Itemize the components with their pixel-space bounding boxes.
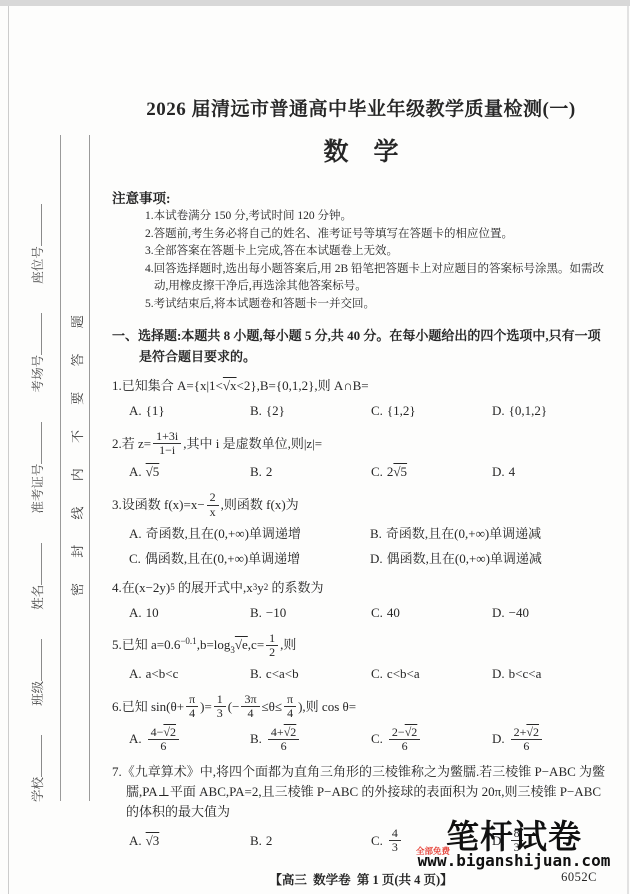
option-5a: A.a<b<c: [129, 664, 250, 684]
option-3d: D.偶函数,且在(0,+∞)单调递减: [370, 549, 542, 569]
option-5c: C.c<b<a: [371, 664, 492, 684]
fraction: 1+3i1−i: [153, 430, 181, 457]
option-value: {1}: [146, 401, 165, 421]
seal-line-right: [89, 135, 90, 801]
numerator-radical: √2: [284, 726, 297, 739]
fraction: 4+√26: [268, 726, 299, 753]
page-footer: 【高三 数学卷 第 1 页(共 4 页)】 6052C: [112, 870, 610, 888]
option-4d: D.−40: [492, 603, 529, 623]
fraction: 2x: [207, 491, 219, 518]
option-value: 10: [146, 603, 159, 623]
footer-page-info: 【高三 数学卷 第 1 页(共 4 页)】: [112, 870, 610, 888]
watermark-url-row: 全部免费 www.biganshijuan.com: [413, 851, 615, 871]
subject-title: 数 学: [112, 137, 610, 169]
fraction-denominator: 3: [389, 841, 401, 854]
fraction-denominator: 3: [214, 707, 226, 720]
option-value: a<b<c: [146, 664, 179, 684]
option-4c: C.40: [371, 603, 492, 623]
q6-text: 6.已知 sin(θ+: [112, 697, 184, 717]
fraction-denominator: 4: [186, 707, 198, 720]
question-3-options-row1: A.奇函数,且在(0,+∞)单调递增 B.奇函数,且在(0,+∞)单调递减: [129, 524, 610, 544]
field-school-label: 学校: [31, 777, 45, 802]
field-exam-id-label: 准考证号: [31, 464, 45, 514]
watermark-free-badge: 全部免费: [416, 845, 450, 857]
option-value: 偶函数,且在(0,+∞)单调递增: [145, 549, 300, 569]
option-label: D.: [492, 401, 505, 421]
option-label: C.: [371, 831, 383, 851]
class-blank-line: [29, 639, 42, 681]
question-2: 2.若 z=1+3i1−i,其中 i 是虚数单位,则|z|= A.√5 B.2 …: [112, 430, 610, 482]
seal-notice-text: 密 封 线 内 不 要 答 题: [67, 304, 86, 596]
notice-item-3: 3.全部答案在答题卡上完成,答在本试题卷上无效。: [145, 243, 610, 261]
q6-text: )=: [200, 697, 212, 717]
numerator-text: 2−: [392, 726, 405, 739]
option-label: D.: [492, 664, 505, 684]
q3-text: ,则函数 f(x)为: [221, 495, 299, 515]
fraction-numerator: 2+√2: [511, 726, 542, 740]
q1-text: <2},B={0,1,2},则 A∩B=: [237, 376, 369, 396]
fraction-numerator: 3π: [241, 693, 259, 707]
field-name: 姓名: [31, 543, 45, 610]
option-value: √5: [146, 462, 160, 482]
notice-item-1: 1.本试卷满分 150 分,考试时间 120 分钟。: [145, 208, 610, 226]
question-3-options-row2: C.偶函数,且在(0,+∞)单调递增 D.偶函数,且在(0,+∞)单调递减: [129, 549, 610, 569]
page-title: 2026 届清远市普通高中毕业年级教学质量检测(一): [112, 98, 610, 122]
fraction: π4: [284, 693, 296, 720]
field-seat: 座位号: [31, 204, 45, 284]
option-label: A.: [129, 524, 142, 544]
q2-text: ,其中 i 是虚数单位,则|z|=: [183, 434, 322, 454]
option-label: B.: [250, 401, 262, 421]
option-label: C.: [129, 549, 141, 569]
question-6: 6.已知 sin(θ+π4)=13(−3π4≤θ≤π4),则 cos θ= A.…: [112, 693, 610, 753]
option-value: √3: [146, 831, 160, 851]
question-4: 4.在(x−2y)5 的展开式中,x3y2 的系数为 A.10 B.−10 C.…: [112, 578, 610, 623]
option-label: A.: [129, 664, 142, 684]
fraction: 3π4: [241, 693, 259, 720]
footer-paper-code: 6052C: [561, 870, 597, 885]
notices-section: 注意事项: 1.本试卷满分 150 分,考试时间 120 分钟。 2.答题前,考…: [112, 190, 610, 313]
option-label: A.: [129, 401, 142, 421]
q5-text: ,则: [280, 635, 296, 655]
option-label: D.: [492, 729, 505, 749]
field-class: 班级: [31, 639, 45, 706]
option-label: A.: [129, 729, 142, 749]
field-school: 学校: [31, 735, 45, 802]
fraction-numerator: π: [284, 693, 296, 707]
option-6a: A.4−√26: [129, 726, 250, 753]
option-value: 奇函数,且在(0,+∞)单调递减: [386, 524, 541, 544]
numerator-radical: √2: [405, 726, 418, 739]
option-2a: A.√5: [129, 462, 250, 482]
notice-item-4: 4.回答选择题时,选出每小题答案后,用 2B 铅笔把答题卡上对应题目的答案标号涂…: [145, 261, 610, 296]
seat-blank-line: [29, 204, 42, 246]
option-value: c<b<a: [387, 664, 420, 684]
name-blank-line: [29, 543, 42, 585]
question-6-options: A.4−√26 B.4+√26 C.2−√26 D.2+√26: [129, 726, 610, 753]
option-label: C.: [371, 664, 383, 684]
q6-text: ),则 cos θ=: [298, 697, 356, 717]
numerator-text: 2+: [514, 726, 527, 739]
school-blank-line: [29, 735, 42, 777]
fraction-denominator: 6: [389, 740, 420, 753]
question-2-stem: 2.若 z=1+3i1−i,其中 i 是虚数单位,则|z|=: [112, 430, 610, 457]
fraction: 2−√26: [389, 726, 420, 753]
option-label: C.: [371, 603, 383, 623]
option-7a: A.√3: [129, 831, 250, 851]
q4-text: 4.在(x−2y): [112, 578, 170, 598]
fraction-numerator: 1: [266, 632, 278, 646]
option-value: 40: [387, 603, 400, 623]
q1-radical: √x: [223, 376, 237, 396]
option-value: 4: [509, 462, 516, 482]
option-label: C.: [371, 729, 383, 749]
fraction-denominator: 6: [511, 740, 542, 753]
fraction: 43: [389, 827, 401, 854]
field-exam-id: 准考证号: [31, 422, 45, 514]
q5-text: ,b=log: [197, 635, 231, 655]
question-5-options: A.a<b<c B.c<a<b C.c<b<a D.b<c<a: [129, 664, 610, 684]
question-1-options: A.{1} B.{2} C.{1,2} D.{0,1,2}: [129, 401, 610, 421]
fraction: 4−√26: [148, 726, 179, 753]
option-value: −10: [266, 603, 286, 623]
field-class-label: 班级: [31, 681, 45, 706]
fraction: 2+√26: [511, 726, 542, 753]
option-5b: B.c<a<b: [250, 664, 371, 684]
option-1a: A.{1}: [129, 401, 250, 421]
fraction-numerator: 4+√2: [268, 726, 299, 740]
question-1: 1.已知集合 A={x|1<√x<2},B={0,1,2},则 A∩B= A.{…: [112, 376, 610, 421]
fraction: π4: [186, 693, 198, 720]
q1-text: 1.已知集合 A={x|1<: [112, 376, 223, 396]
fraction-numerator: 4: [389, 827, 401, 841]
option-label: D.: [492, 462, 505, 482]
option-label: D.: [492, 603, 505, 623]
option-label: B.: [250, 729, 262, 749]
fraction: 13: [214, 693, 226, 720]
q5-text: 5.已知 a=0.6: [112, 635, 180, 655]
option-6c: C.2−√26: [371, 726, 492, 753]
field-room-label: 考场号: [31, 355, 45, 393]
numerator-radical: √2: [163, 726, 176, 739]
question-1-stem: 1.已知集合 A={x|1<√x<2},B={0,1,2},则 A∩B=: [112, 376, 610, 396]
fraction-denominator: 4: [241, 707, 259, 720]
option-2b: B.2: [250, 462, 371, 482]
option-value-radical: √5: [393, 462, 407, 482]
option-6b: B.4+√26: [250, 726, 371, 753]
fraction: 12: [266, 632, 278, 659]
q5-radical: √e: [235, 635, 248, 655]
field-seat-label: 座位号: [31, 246, 45, 284]
option-label: B.: [250, 462, 262, 482]
option-3c: C.偶函数,且在(0,+∞)单调递增: [129, 549, 370, 569]
fraction-numerator: 1+3i: [153, 430, 181, 444]
q3-text: 3.设函数 f(x)=x−: [112, 495, 205, 515]
q5-text: ,c=: [248, 635, 264, 655]
fraction-numerator: π: [186, 693, 198, 707]
numerator-text: 4−: [151, 726, 164, 739]
option-value: {2}: [266, 401, 285, 421]
numerator-text: 4+: [271, 726, 284, 739]
watermark: 笔杆试卷 全部免费 www.biganshijuan.com: [413, 818, 615, 871]
q4-text: 的系数为: [268, 578, 323, 598]
option-4b: B.−10: [250, 603, 371, 623]
option-label: B.: [370, 524, 382, 544]
question-7-stem: 7.《九章算术》中,将四个面都为直角三角形的三棱锥称之为鳖臑.若三棱锥 P−AB…: [112, 762, 610, 822]
option-4a: A.10: [129, 603, 250, 623]
option-value: c<a<b: [266, 664, 299, 684]
field-room: 考场号: [31, 313, 45, 393]
option-3a: A.奇函数,且在(0,+∞)单调递增: [129, 524, 370, 544]
fraction-denominator: x: [207, 506, 219, 519]
fraction-denominator: 6: [148, 740, 179, 753]
fraction-numerator: 2: [207, 491, 219, 505]
fraction-denominator: 6: [268, 740, 299, 753]
q4-text: 的展开式中,x: [175, 578, 253, 598]
option-5d: D.b<c<a: [492, 664, 541, 684]
option-value: {1,2}: [387, 401, 416, 421]
notice-item-2: 2.答题前,考生务必将自己的姓名、准考证号等填写在答题卡的相应位置。: [145, 226, 610, 244]
option-value: −40: [509, 603, 529, 623]
option-value: 偶函数,且在(0,+∞)单调递减: [387, 549, 542, 569]
option-value: b<c<a: [509, 664, 542, 684]
fraction-numerator: 4−√2: [148, 726, 179, 740]
fraction-denominator: 4: [284, 707, 296, 720]
fraction-numerator: 2−√2: [389, 726, 420, 740]
option-1c: C.{1,2}: [371, 401, 492, 421]
question-2-options: A.√5 B.2 C.2√5 D.4: [129, 462, 610, 482]
question-3-stem: 3.设函数 f(x)=x−2x,则函数 f(x)为: [112, 491, 610, 518]
sidebar-student-fields: 学校 班级 姓名 准考证号 考场号 座位号: [28, 134, 48, 802]
question-4-options: A.10 B.−10 C.40 D.−40: [129, 603, 610, 623]
notices-heading: 注意事项:: [112, 190, 610, 208]
notice-item-5: 5.考试结束后,将本试题卷和答题卡一并交回。: [145, 296, 610, 314]
option-label: A.: [129, 462, 142, 482]
option-7b: B.2: [250, 831, 371, 851]
option-value: 2: [266, 462, 273, 482]
option-1b: B.{2}: [250, 401, 371, 421]
q6-text: ≤θ≤: [262, 697, 283, 717]
option-value: 2: [266, 831, 273, 851]
option-label: D.: [370, 549, 383, 569]
question-6-stem: 6.已知 sin(θ+π4)=13(−3π4≤θ≤π4),则 cos θ=: [112, 693, 610, 720]
option-label: C.: [371, 401, 383, 421]
option-1d: D.{0,1,2}: [492, 401, 547, 421]
section-1-header: 一、选择题:本题共 8 小题,每小题 5 分,共 40 分。在每小题给出的四个选…: [112, 325, 610, 367]
fraction-denominator: 2: [266, 646, 278, 659]
exam-id-blank-line: [29, 422, 42, 464]
option-label: B.: [250, 603, 262, 623]
option-6d: D.2+√26: [492, 726, 544, 753]
seal-line-left: [60, 135, 61, 801]
q5-exponent: −0.1: [180, 631, 196, 651]
numerator-radical: √2: [526, 726, 539, 739]
option-2c: C.2√5: [371, 462, 492, 482]
field-name-label: 姓名: [31, 585, 45, 610]
scan-edge-right: [627, 6, 629, 894]
question-5: 5.已知 a=0.6−0.1,b=log3√e,c=12,则 A.a<b<c B…: [112, 632, 610, 684]
option-value: 奇函数,且在(0,+∞)单调递增: [146, 524, 301, 544]
main-content: 2026 届清远市普通高中毕业年级教学质量检测(一) 数 学 注意事项: 1.本…: [112, 0, 610, 888]
question-3: 3.设函数 f(x)=x−2x,则函数 f(x)为 A.奇函数,且在(0,+∞)…: [112, 491, 610, 568]
exam-paper-page: { "page": { "title": "2026 届清远市普通高中毕业年级教…: [0, 0, 630, 894]
option-3b: B.奇函数,且在(0,+∞)单调递减: [370, 524, 541, 544]
q6-text: (−: [228, 697, 240, 717]
fraction-numerator: 1: [214, 693, 226, 707]
question-4-stem: 4.在(x−2y)5 的展开式中,x3y2 的系数为: [112, 578, 610, 598]
option-label: A.: [129, 831, 142, 851]
q2-text: 2.若 z=: [112, 434, 151, 454]
option-2d: D.4: [492, 462, 515, 482]
option-label: C.: [371, 462, 383, 482]
fraction-denominator: 1−i: [153, 444, 181, 457]
question-5-stem: 5.已知 a=0.6−0.1,b=log3√e,c=12,则: [112, 632, 610, 659]
scan-edge-left: [8, 6, 9, 894]
option-label: B.: [250, 664, 262, 684]
option-label: A.: [129, 603, 142, 623]
option-label: B.: [250, 831, 262, 851]
room-blank-line: [29, 313, 42, 355]
option-value: {0,1,2}: [509, 401, 547, 421]
